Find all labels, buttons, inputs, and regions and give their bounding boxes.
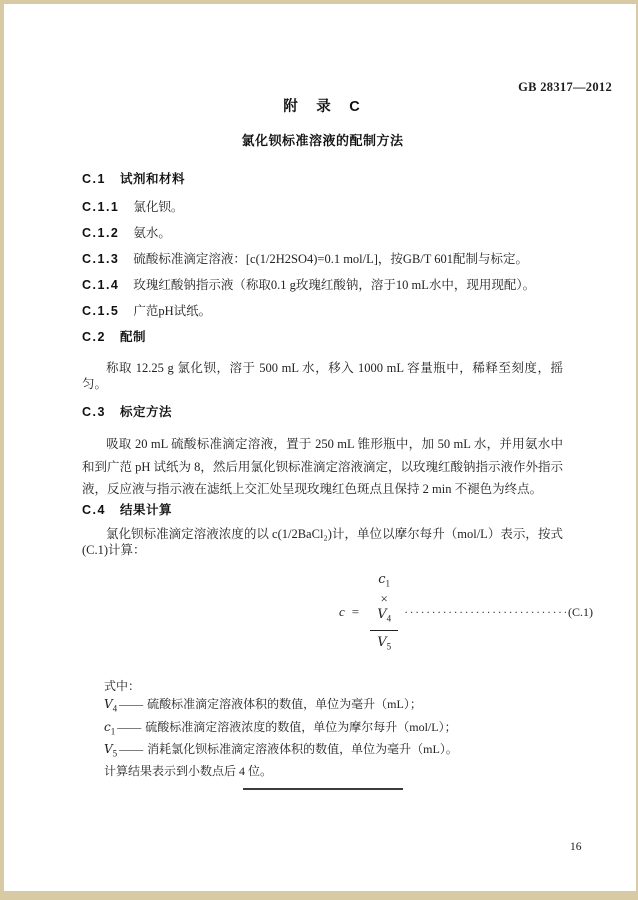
formula-label: (C.1) <box>568 605 593 620</box>
dot-leader: ········································… <box>404 605 566 620</box>
clause-item-c114: C.1.4 玫瑰红酸钠指示液（称取0.1 g玫瑰红酸钠，溶于10 mL水中，现用… <box>82 277 563 293</box>
clause-number: C.1.1 <box>82 199 119 215</box>
var-c1: c <box>104 720 111 734</box>
clause-text: 玫瑰红酸钠指示液（称取0.1 g玫瑰红酸钠，溶于10 mL水中，现用现配）。 <box>133 277 535 293</box>
clause-number: C.1.5 <box>82 303 119 319</box>
paragraph-c2-body: 称取 12.25 g 氯化钡，溶于 500 mL 水，移入 1000 mL 容量… <box>82 360 563 392</box>
page-content: 附 录 C 氯化钡标准溶液的配制方法 C.1 试剂和材料 C.1.1 氯化钡。 … <box>4 4 636 790</box>
page-number: 16 <box>570 841 582 853</box>
section-title: 配制 <box>120 330 146 345</box>
clause-number: C.1.4 <box>82 277 119 293</box>
section-heading-c3: C.3 标定方法 <box>82 405 563 420</box>
where-term-c1: c1——硫酸标准滴定溶液浓度的数值，单位为摩尔每升（mol/L）； <box>104 718 563 740</box>
section-heading-c4: C.4 结果计算 <box>82 503 563 518</box>
fraction-numerator: c1 × V4 <box>370 571 398 631</box>
end-of-text-rule <box>243 788 403 790</box>
clause-item-c111: C.1.1 氯化钡。 <box>82 199 563 215</box>
section-number: C.3 <box>82 405 106 420</box>
var-c1-subscript: 1 <box>111 726 116 736</box>
appendix-subtitle: 氯化钡标准溶液的配制方法 <box>82 133 563 149</box>
var-v5-subscript: 5 <box>113 748 118 758</box>
section-number: C.2 <box>82 330 106 345</box>
section-number: C.4 <box>82 503 106 518</box>
where-label: 式中： <box>104 677 563 695</box>
section-title: 试剂和材料 <box>120 172 185 187</box>
section-title: 标定方法 <box>120 405 172 420</box>
clause-item-c115: C.1.5 广范pH试纸。 <box>82 303 563 319</box>
formula-fraction: c1 × V4 V5 <box>370 571 398 655</box>
standard-code: GB 28317—2012 <box>518 80 612 95</box>
clause-item-c112: C.1.2 氨水。 <box>82 225 563 241</box>
formula-c1: c = c1 × V4 V5 ·························… <box>339 571 593 655</box>
paragraph-c3-body: 吸取 20 mL 硫酸标准滴定溶液，置于 250 mL 锥形瓶中，加 50 mL… <box>82 433 563 501</box>
var-v5-subscript: 5 <box>387 641 392 651</box>
clause-item-c113: C.1.3 硫酸标准滴定溶液：[c(1/2H2SO4)=0.1 mol/L]，按… <box>82 251 563 267</box>
var-v4-subscript: 4 <box>387 614 392 624</box>
clause-number: C.1.3 <box>82 251 119 267</box>
formula-lhs: c <box>339 604 345 620</box>
document-page: GB 28317—2012 附 录 C 氯化钡标准溶液的配制方法 C.1 试剂和… <box>4 4 636 891</box>
multiply-sign: × <box>380 591 387 606</box>
appendix-title: 附 录 C <box>82 99 563 116</box>
var-v4: V <box>104 697 113 711</box>
em-dash: —— <box>119 742 143 756</box>
paragraph-c4-intro: 氯化钡标准滴定溶液浓度的以 c(1/2BaCl₂)计，单位以摩尔每升（mol/L… <box>82 526 563 558</box>
var-v5: V <box>377 635 386 650</box>
where-block: 式中： V4——硫酸标准滴定溶液体积的数值，单位为毫升（mL）； c1——硫酸标… <box>104 677 563 780</box>
result-precision-note: 计算结果表示到小数点后 4 位。 <box>104 762 563 780</box>
formula-equals: = <box>352 604 359 620</box>
scanned-page-mat: GB 28317—2012 附 录 C 氯化钡标准溶液的配制方法 C.1 试剂和… <box>0 0 638 900</box>
var-v4-subscript: 4 <box>113 704 118 714</box>
term-description: 硫酸标准滴定溶液体积的数值，单位为毫升（mL）； <box>147 697 422 711</box>
var-v4: V <box>377 607 386 622</box>
term-description: 消耗氯化钡标准滴定溶液体积的数值，单位为毫升（mL）。 <box>147 742 458 756</box>
section-number: C.1 <box>82 172 106 187</box>
clause-text: 氯化钡。 <box>133 199 183 215</box>
clause-number: C.1.2 <box>82 225 119 241</box>
clause-text: 氨水。 <box>133 225 171 241</box>
term-description: 硫酸标准滴定溶液浓度的数值，单位为摩尔每升（mol/L）； <box>145 720 456 734</box>
clause-text: 硫酸标准滴定溶液：[c(1/2H2SO4)=0.1 mol/L]，按GB/T 6… <box>133 251 528 267</box>
section-heading-c1: C.1 试剂和材料 <box>82 172 563 187</box>
section-heading-c2: C.2 配制 <box>82 330 563 345</box>
section-title: 结果计算 <box>120 503 172 518</box>
var-c1-subscript: 1 <box>386 578 391 588</box>
em-dash: —— <box>117 720 141 734</box>
fraction-denominator: V5 <box>377 631 391 655</box>
clause-text: 广范pH试纸。 <box>133 303 211 319</box>
var-c1: c <box>378 572 385 587</box>
where-term-v4: V4——硫酸标准滴定溶液体积的数值，单位为毫升（mL）； <box>104 695 563 717</box>
where-term-v5: V5——消耗氯化钡标准滴定溶液体积的数值，单位为毫升（mL）。 <box>104 740 563 762</box>
var-v5: V <box>104 742 113 756</box>
em-dash: —— <box>119 697 143 711</box>
